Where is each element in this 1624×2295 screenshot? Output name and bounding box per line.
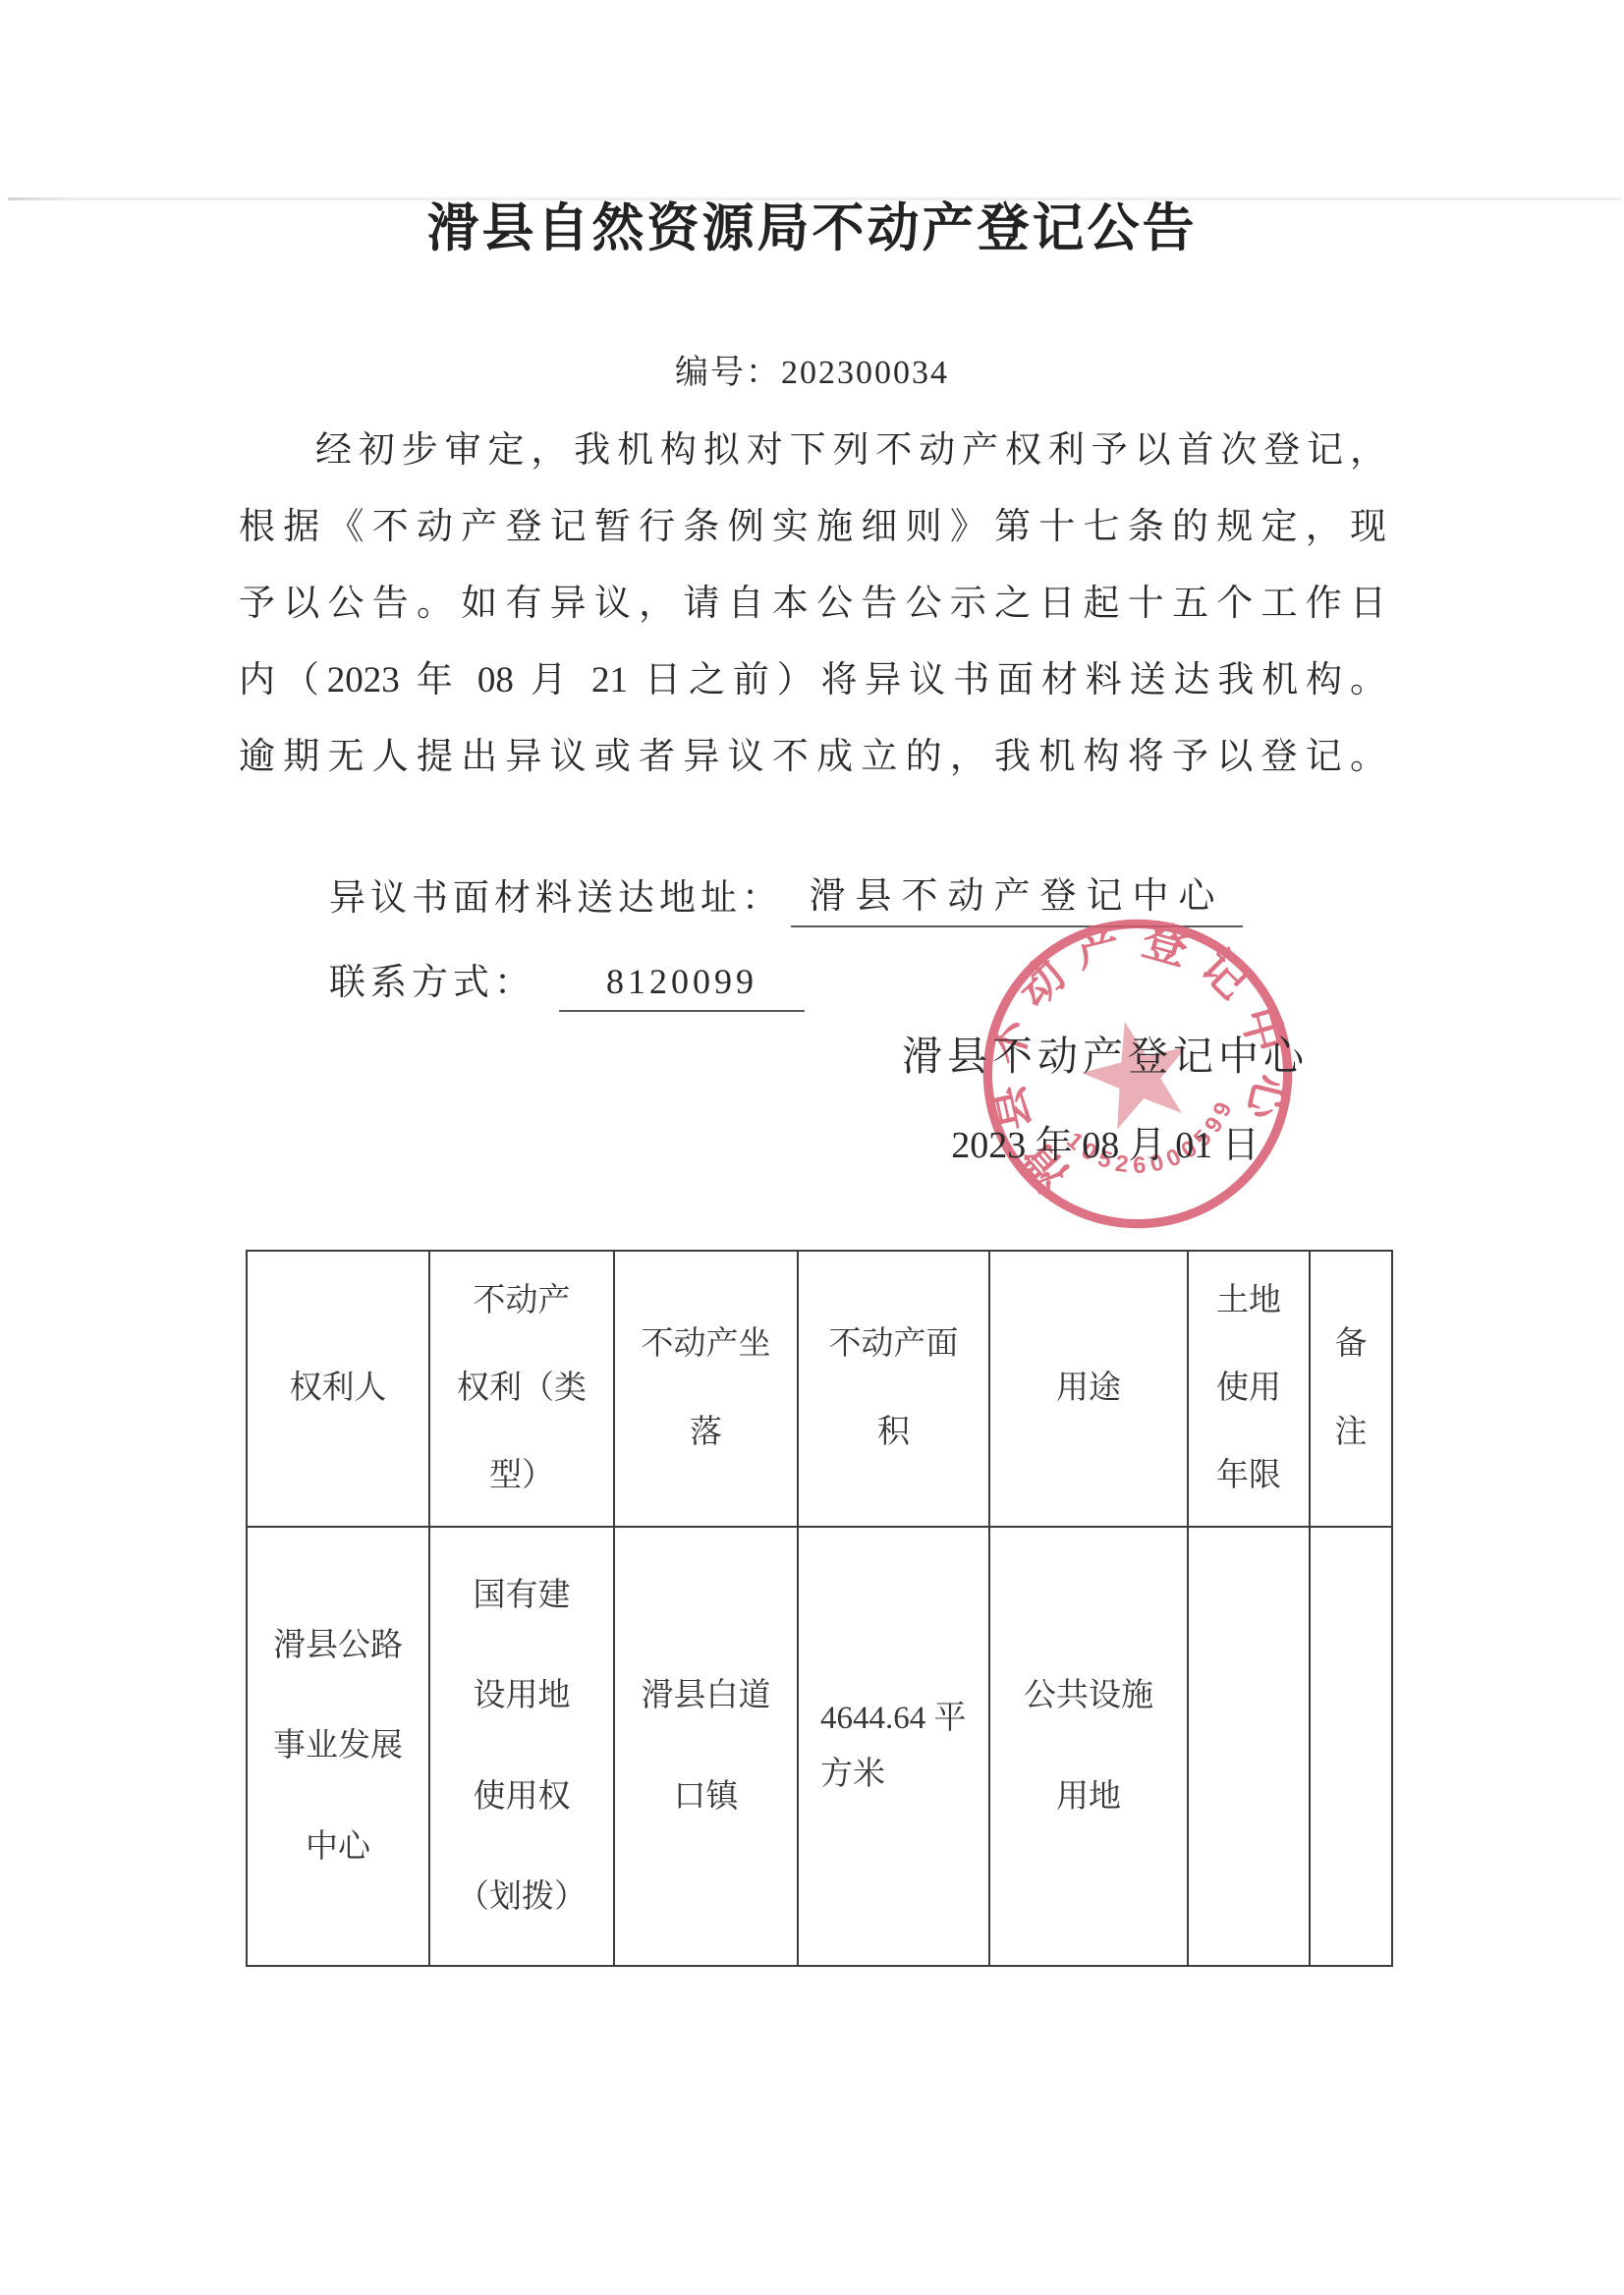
registration-table: 权利人 不动产 权利（类 型） 不动产坐 落 不动产面 积 用途 土地 使用 年… [246, 1250, 1393, 1967]
table-header-cell: 不动产面 积 [798, 1251, 989, 1527]
body-line: 内（2023 年 08 月 21 日之前）将异议书面材料送达我机构。 [239, 643, 1386, 719]
table-header-cell: 用途 [989, 1251, 1188, 1527]
body-line: 逾期无人提出异议或者异议不成立的，我机构将予以登记。 [239, 719, 1386, 796]
table-cell: 公共设施 用地 [989, 1527, 1188, 1966]
table-header-cell: 权利人 [247, 1251, 429, 1527]
signature-date: 2023 年 08 月 01 日 [889, 1114, 1321, 1168]
table-cell: 国有建 设用地 使用权 （划拨） [429, 1527, 614, 1966]
document-page: 滑县自然资源局不动产登记公告 编号：202300034 经初步审定，我机构拟对下… [0, 0, 1624, 2295]
contact-value: 8120099 [559, 953, 805, 1012]
announcement-paragraph: 经初步审定，我机构拟对下列不动产权利予以首次登记， 根据《不动产登记暂行条例实施… [239, 413, 1386, 796]
table-cell [1310, 1527, 1392, 1966]
table-header-cell: 不动产坐 落 [614, 1251, 798, 1527]
contact-label: 联系方式： [329, 963, 535, 1003]
table-header-cell: 不动产 权利（类 型） [429, 1251, 614, 1527]
table-header-row: 权利人 不动产 权利（类 型） 不动产坐 落 不动产面 积 用途 土地 使用 年… [247, 1251, 1392, 1527]
doc-number: 编号：202300034 [0, 345, 1624, 393]
table-header-cell: 备 注 [1310, 1251, 1392, 1527]
table-row: 滑县公路 事业发展 中心 国有建 设用地 使用权 （划拨） 滑县白道 口镇 46… [247, 1527, 1392, 1966]
table-cell: 滑县白道 口镇 [614, 1527, 798, 1966]
body-line: 经初步审定，我机构拟对下列不动产权利予以首次登记， [239, 413, 1386, 489]
table-cell: 4644.64 平 方米 [798, 1527, 989, 1966]
body-line: 予以公告。如有异议，请自本公告公示之日起十五个工作日 [239, 566, 1386, 643]
contact-row: 联系方式：8120099 [329, 953, 805, 1012]
signature-org: 滑县不动产登记中心 [889, 1024, 1321, 1082]
table-cell [1188, 1527, 1310, 1966]
address-label: 异议书面材料送达地址： [329, 878, 783, 919]
table-cell: 滑县公路 事业发展 中心 [247, 1527, 429, 1966]
body-line: 根据《不动产登记暂行条例实施细则》第十七条的规定，现 [239, 489, 1386, 566]
table-header-cell: 土地 使用 年限 [1188, 1251, 1310, 1527]
page-title: 滑县自然资源局不动产登记公告 [0, 187, 1624, 261]
